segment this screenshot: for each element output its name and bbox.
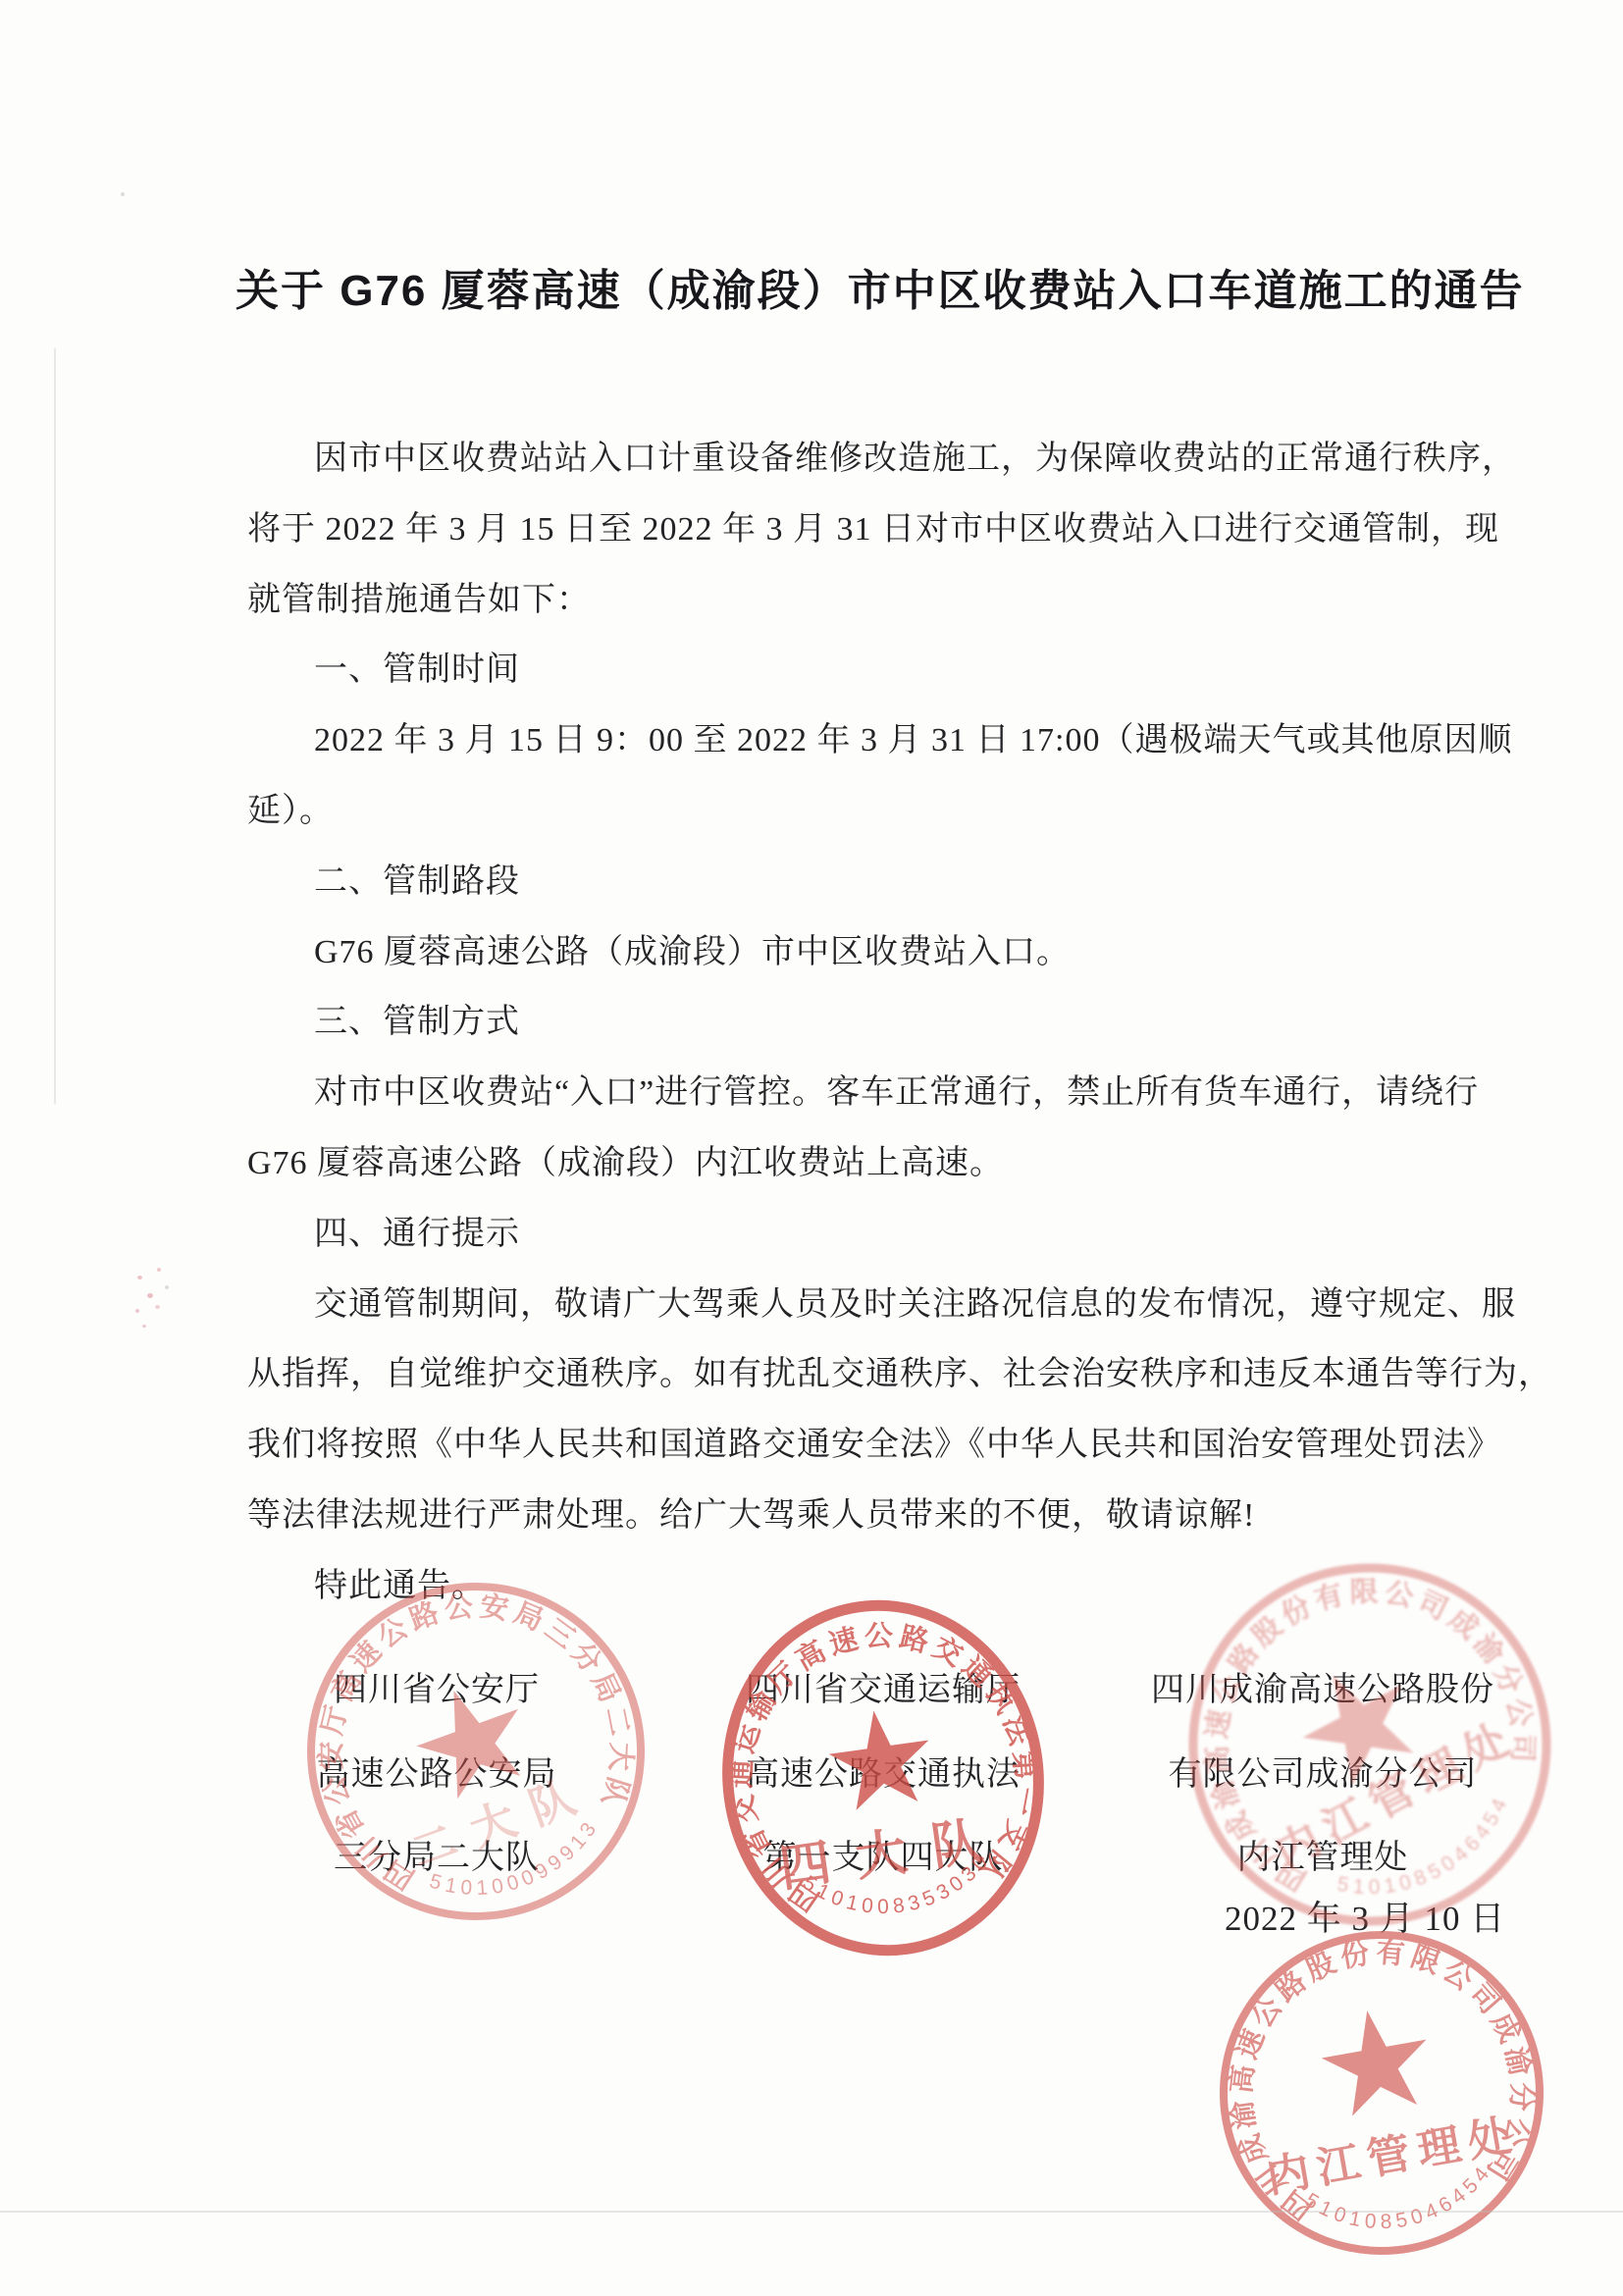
body-line: G76 厦蓉高速公路（成渝段）内江收费站上高速。 bbox=[247, 1128, 1474, 1199]
section-heading-control-road: 二、管制路段 bbox=[247, 847, 1474, 917]
signature-line: 三分局二大队 bbox=[260, 1816, 613, 1901]
smudge-mark bbox=[142, 1325, 146, 1328]
body-line: 交通管制期间，敬请广大驾乘人员及时关注路况信息的发布情况，遵守规定、服 bbox=[247, 1270, 1474, 1340]
signature-column-transport: 四川省交通运输厅 高速公路交通执法 第一支队四大队 bbox=[707, 1648, 1060, 1901]
body-line: G76 厦蓉高速公路（成渝段）市中区收费站入口。 bbox=[247, 917, 1474, 988]
signature-line: 有限公司成渝分公司 bbox=[1146, 1733, 1499, 1817]
body-line: 将于 2022 年 3 月 15 日至 2022 年 3 月 31 日对市中区收… bbox=[247, 495, 1474, 565]
signature-column-expressway-co: 四川成渝高速公路股份 有限公司成渝分公司 内江管理处 bbox=[1146, 1648, 1499, 1901]
signature-line: 高速公路交通执法 bbox=[707, 1733, 1060, 1817]
smudge-mark bbox=[155, 1305, 160, 1309]
closing-line: 特此通告。 bbox=[247, 1551, 1474, 1622]
signature-line: 第一支队四大队 bbox=[707, 1816, 1060, 1901]
stamp-serial: 5101085046454 bbox=[1298, 2157, 1504, 2248]
page-title: 关于 G76 厦蓉高速（成渝段）市中区收费站入口车道施工的通告 bbox=[236, 255, 1452, 318]
signature-column-police: 四川省公安厅 高速公路公安局 三分局二大队 bbox=[260, 1648, 613, 1901]
smudge-mark bbox=[157, 1268, 161, 1272]
signature-line: 高速公路公安局 bbox=[260, 1733, 613, 1817]
section-heading-control-method: 三、管制方式 bbox=[247, 987, 1474, 1058]
stamp-border bbox=[1198, 1909, 1564, 2275]
body-line: 因市中区收费站站入口计重设备维修改造施工，为保障收费站的正常通行秩序， bbox=[247, 424, 1474, 495]
smudge-mark bbox=[147, 1293, 153, 1298]
body-line: 对市中区收费站“入口”进行管控。客车正常通行，禁止所有货车通行，请绕行 bbox=[247, 1058, 1474, 1128]
signature-line: 四川省交通运输厅 bbox=[707, 1648, 1060, 1733]
section-heading-control-time: 一、管制时间 bbox=[247, 635, 1474, 705]
star-icon bbox=[1315, 2002, 1438, 2119]
signature-line: 四川省公安厅 bbox=[260, 1648, 613, 1733]
stamp-ring-text: 四川成渝高速公路股份有限公司成渝分公司 bbox=[1199, 1912, 1556, 2235]
body-line: 2022 年 3 月 15 日 9：00 至 2022 年 3 月 31 日 1… bbox=[247, 705, 1474, 776]
scan-artifact-line bbox=[54, 348, 56, 1104]
smudge-mark bbox=[135, 1309, 139, 1313]
scanned-notice-page: 关于 G76 厦蓉高速（成渝段）市中区收费站入口车道施工的通告 因市中区收费站站… bbox=[0, 0, 1623, 2296]
body-line: 从指挥，自觉维护交通秩序。如有扰乱交通秩序、社会治安秩序和违反本通告等行为， bbox=[247, 1339, 1474, 1410]
smudge-mark bbox=[165, 1285, 169, 1289]
notice-body: 因市中区收费站站入口计重设备维修改造施工，为保障收费站的正常通行秩序， 将于 2… bbox=[247, 424, 1474, 1622]
stamp-inner-text: 内江管理处 bbox=[1263, 2111, 1523, 2202]
section-heading-travel-tips: 四、通行提示 bbox=[247, 1199, 1474, 1270]
official-stamp-neijiang-office: 四川成渝高速公路股份有限公司成渝分公司 内江管理处 5101085046454 bbox=[1198, 1909, 1564, 2275]
body-line: 我们将按照《中华人民共和国道路交通安全法》《中华人民共和国治安管理处罚法》 bbox=[247, 1410, 1474, 1481]
body-line: 延）。 bbox=[247, 776, 1474, 847]
signature-line: 四川成渝高速公路股份 bbox=[1146, 1648, 1499, 1733]
scan-speck bbox=[121, 192, 125, 196]
scan-artifact-line bbox=[0, 2211, 1623, 2213]
issue-date: 2022 年 3 月 10 日 bbox=[1225, 1892, 1505, 1941]
body-line: 就管制措施通告如下： bbox=[247, 565, 1474, 636]
smudge-mark bbox=[137, 1276, 142, 1279]
signature-line: 内江管理处 bbox=[1146, 1816, 1499, 1901]
body-line: 等法律法规进行严肃处理。给广大驾乘人员带来的不便，敬请谅解! bbox=[247, 1481, 1474, 1551]
